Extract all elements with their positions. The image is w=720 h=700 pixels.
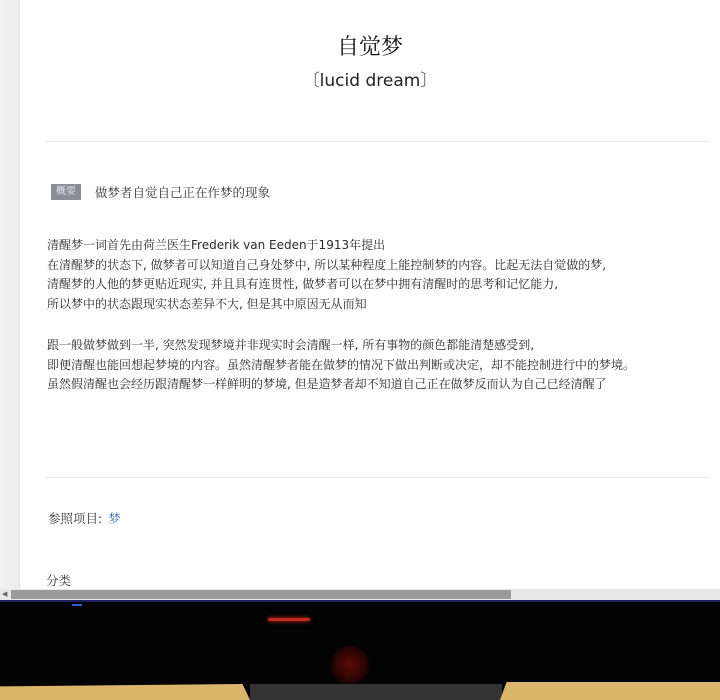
left-panel-edge [0, 0, 20, 590]
page-title: 自觉梦 [20, 30, 720, 61]
divider [46, 477, 710, 478]
reflection-blob [330, 645, 370, 685]
text-line: 清醒梦一词首先由荷兰医生Frederik van Eeden于1913年提出 [47, 236, 606, 256]
scrollbar-thumb[interactable] [11, 590, 511, 599]
category-heading: 分类 [46, 571, 71, 589]
article-page: 自觉梦 〔lucid dream〕 概要 做梦者自觉自己正在作梦的现象 清醒梦一… [20, 0, 720, 590]
indicator-light [72, 604, 82, 606]
page-subtitle: 〔lucid dream〕 [20, 66, 720, 91]
reference-row: 参照项目:梦 [48, 509, 121, 527]
reference-label: 参照项目: [48, 511, 102, 526]
monitor-stand [250, 684, 502, 700]
text-line: 跟一般做梦做到一半, 突然发现梦境并非现实时会清醒一样, 所有事物的颜色都能清楚… [47, 336, 635, 356]
desk-surface [0, 684, 250, 700]
summary-row: 概要 做梦者自觉自己正在作梦的现象 [51, 183, 270, 201]
text-line: 即便清醒也能回想起梦境的内容。虽然清醒梦者能在做梦的情况下做出判断或决定，却不能… [47, 356, 635, 376]
text-line: 清醒梦的人他的梦更贴近现实, 并且具有连贯性, 做梦者可以在梦中拥有清醒时的思考… [47, 275, 606, 295]
text-line: 所以梦中的状态跟现实状态差异不大, 但是其中原因无从而知 [47, 295, 606, 315]
body-paragraph-2: 跟一般做梦做到一半, 突然发现梦境并非现实时会清醒一样, 所有事物的颜色都能清楚… [47, 336, 635, 395]
desk-surface [500, 682, 720, 700]
text-line: 虽然假清醒也会经历跟清醒梦一样鲜明的梦境, 但是造梦者却不知道自己正在做梦反而认… [47, 375, 635, 395]
body-paragraph-1: 清醒梦一词首先由荷兰医生Frederik van Eeden于1913年提出 在… [47, 236, 606, 314]
text-line: 在清醒梦的状态下, 做梦者可以知道自己身处梦中, 所以某种程度上能控制梦的内容。… [47, 256, 606, 276]
summary-text: 做梦者自觉自己正在作梦的现象 [95, 183, 270, 201]
scroll-left-arrow-icon[interactable]: ◀ [2, 590, 7, 598]
horizontal-scrollbar[interactable]: ◀ [0, 589, 720, 600]
reflection-light [268, 618, 310, 621]
divider [46, 141, 710, 142]
summary-badge: 概要 [51, 184, 81, 200]
browser-viewport: 自觉梦 〔lucid dream〕 概要 做梦者自觉自己正在作梦的现象 清醒梦一… [0, 0, 720, 600]
reference-link-dream[interactable]: 梦 [108, 511, 121, 526]
